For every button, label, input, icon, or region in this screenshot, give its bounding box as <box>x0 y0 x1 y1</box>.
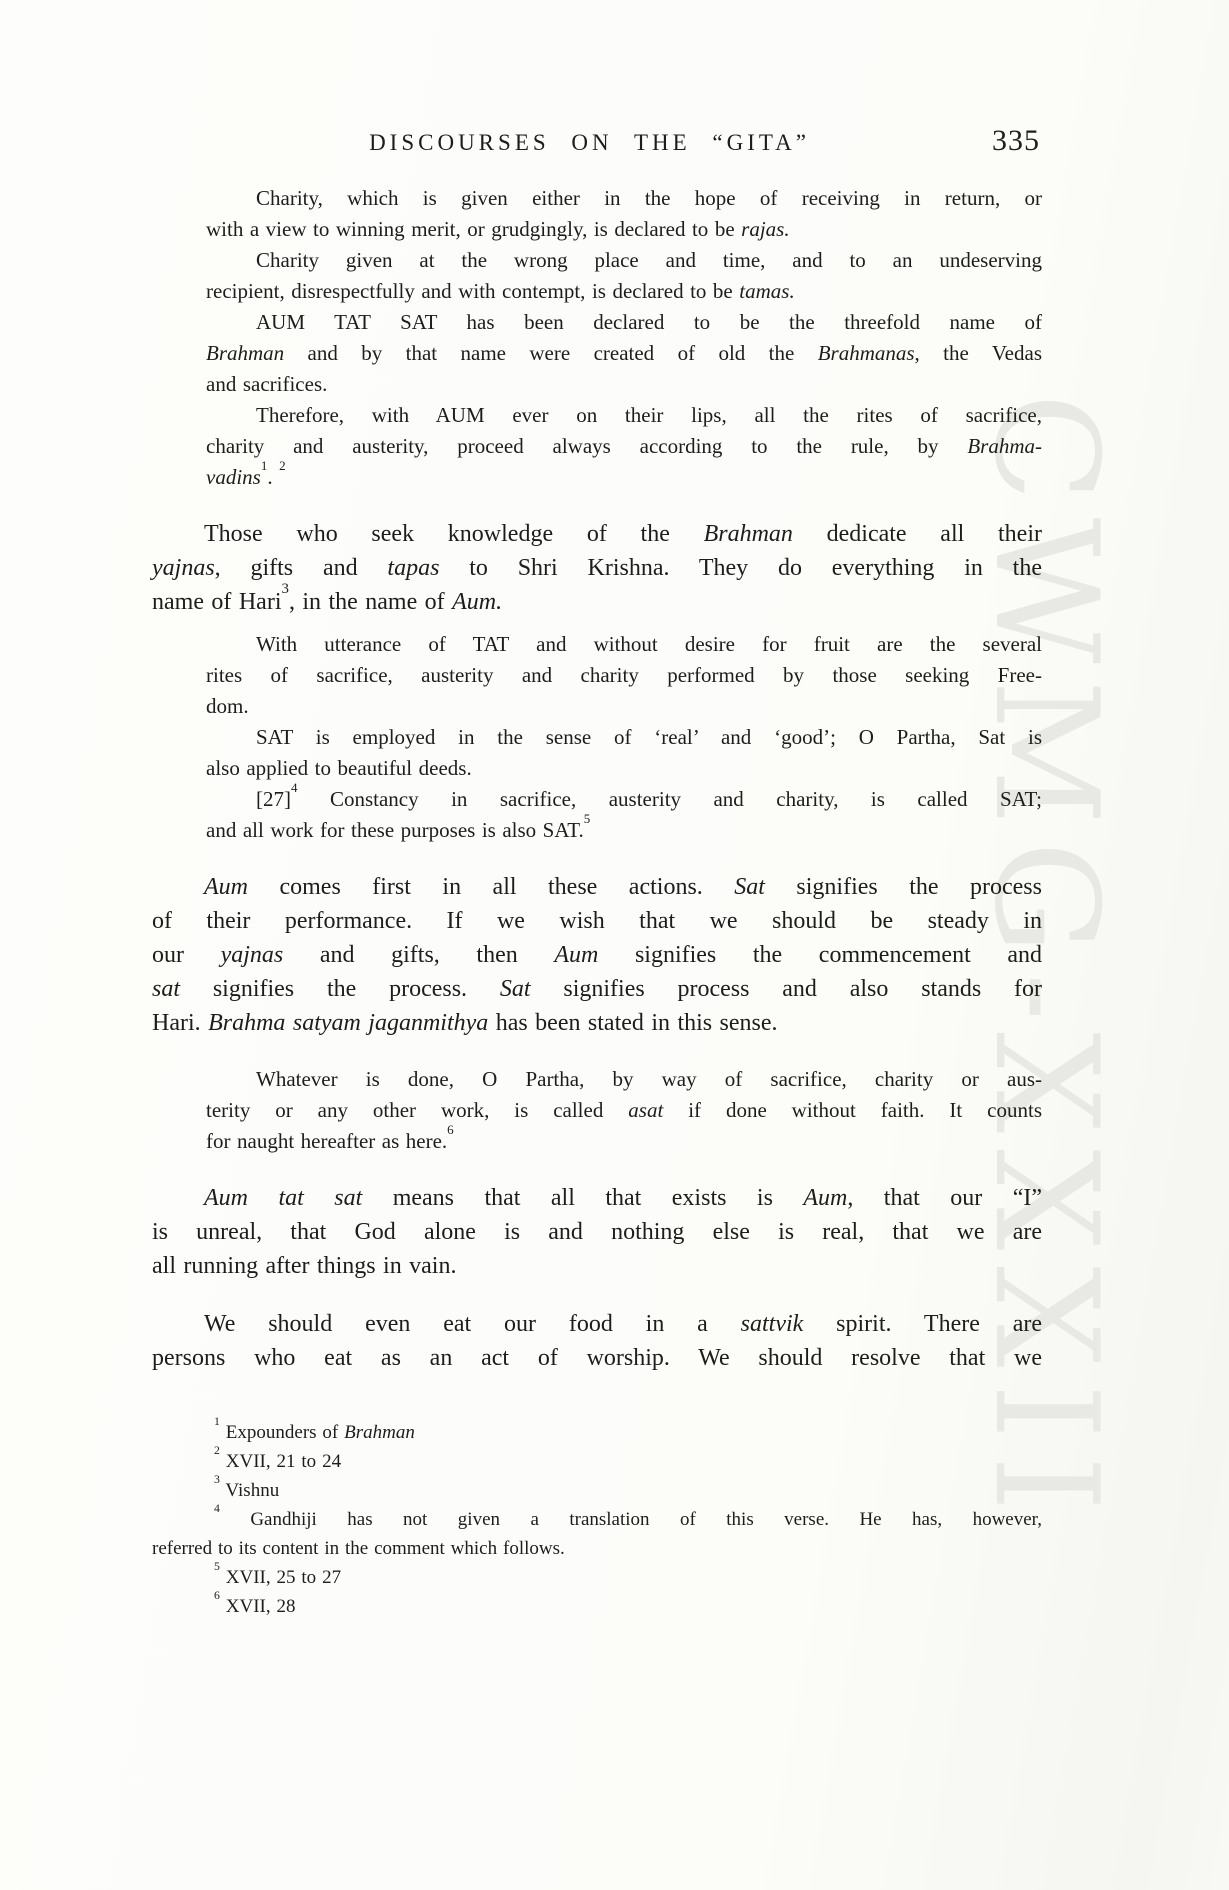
text-run: Aum <box>803 1185 847 1211</box>
text-run: yajnas <box>152 555 215 581</box>
text-run: with a view to winning merit, or grudgin… <box>206 217 741 241</box>
text-run: XVII, 25 to 27 <box>220 1567 341 1588</box>
text-run: and by that name were created of old the <box>284 341 818 365</box>
footnote-marker: 2 <box>214 1444 220 1457</box>
text-run: and all work for these purposes is also … <box>206 818 584 842</box>
text-run: Aum <box>554 942 598 968</box>
text-line: 6 XVII, 28 <box>152 1592 1042 1621</box>
text-run: referred to its content in the comment w… <box>152 1538 565 1559</box>
text-line: 5 XVII, 25 to 27 <box>152 1563 1042 1592</box>
text-line: and all work for these purposes is also … <box>206 815 1042 846</box>
page-body: Charity, which is given either in the ho… <box>152 183 1042 1621</box>
page-header: DISCOURSES ON THE “GITA” 335 <box>152 124 1042 164</box>
text-run: Constancy in sacrifice, austerity and ch… <box>298 787 1042 811</box>
text-run: Whatever is done, O Partha, by way of sa… <box>256 1067 1042 1091</box>
text-line: Charity given at the wrong place and tim… <box>206 245 1042 276</box>
text-line: yajnas, gifts and tapas to Shri Krishna.… <box>152 551 1042 585</box>
text-run: tapas <box>387 555 439 581</box>
footnote-marker: 4 <box>214 1502 220 1515</box>
verse-quote-paragraph: AUM TAT SAT has been declared to be the … <box>206 307 1042 400</box>
text-run: and gifts, then <box>283 942 554 968</box>
text-run: Brahman <box>344 1422 415 1443</box>
text-run: Aum tat sat <box>204 1185 362 1211</box>
text-run: Hari. <box>152 1010 208 1036</box>
text-run: if done without faith. It counts <box>663 1098 1042 1122</box>
verse-quote-paragraph: Charity, which is given either in the ho… <box>206 183 1042 245</box>
footnote-item: 6 XVII, 28 <box>152 1592 1042 1621</box>
text-run: sattvik <box>741 1311 804 1337</box>
text-run: Brahma- <box>967 434 1042 458</box>
footnote-marker: 3 <box>214 1473 220 1486</box>
commentary-paragraph: Those who seek knowledge of the Brahman … <box>152 517 1042 619</box>
text-run: signifies the process. <box>180 976 500 1002</box>
text-run: Therefore, with AUM ever on their lips, … <box>256 403 1042 427</box>
text-run: yajnas <box>221 942 284 968</box>
text-run: [27] <box>256 787 291 811</box>
text-run: XVII, 28 <box>220 1596 296 1617</box>
text-run: dom. <box>206 694 249 718</box>
verse-quote-paragraph: With utterance of TAT and without desire… <box>206 629 1042 722</box>
footnote-item: 3 Vishnu <box>152 1476 1042 1505</box>
text-run: signifies the commencement and <box>598 942 1042 968</box>
footnote-marker: 1 <box>214 1415 220 1428</box>
text-line: terity or any other work, is called asat… <box>206 1095 1042 1126</box>
text-line: and sacrifices. <box>206 369 1042 400</box>
text-run: sat <box>152 976 180 1002</box>
text-line: Whatever is done, O Partha, by way of sa… <box>206 1064 1042 1095</box>
text-line: vadins1. 2 <box>206 462 1042 493</box>
text-run: Those who seek knowledge of the <box>204 521 704 547</box>
text-run: With utterance of TAT and without desire… <box>256 632 1042 656</box>
footnote-marker: 2 <box>279 458 286 473</box>
text-run: . <box>267 465 279 489</box>
text-run: means that all that exists is <box>362 1185 803 1211</box>
footnote-item: 5 XVII, 25 to 27 <box>152 1563 1042 1592</box>
footnote-item: 1 Expounders of Brahman <box>152 1418 1042 1447</box>
text-run: rites of sacrifice, austerity and charit… <box>206 663 1042 687</box>
text-line: name of Hari3, in the name of Aum. <box>152 585 1042 619</box>
text-line: charity and austerity, proceed always ac… <box>206 431 1042 462</box>
text-run: Brahma satyam jaganmithya <box>208 1010 488 1036</box>
text-line: [27]4 Constancy in sacrifice, austerity … <box>206 784 1042 815</box>
footnote-marker: 6 <box>447 1122 454 1137</box>
text-line: SAT is employed in the sense of ‘real’ a… <box>206 722 1042 753</box>
text-line: Brahman and by that name were created of… <box>206 338 1042 369</box>
text-run: Vishnu <box>220 1480 279 1501</box>
text-run: and sacrifices. <box>206 372 327 396</box>
verse-quote-paragraph: Therefore, with AUM ever on their lips, … <box>206 400 1042 493</box>
footnote-marker: 5 <box>584 811 591 826</box>
text-line: 1 Expounders of Brahman <box>152 1418 1042 1447</box>
text-line: 4 Gandhiji has not given a translation o… <box>152 1505 1042 1534</box>
verse-quote-paragraph: SAT is employed in the sense of ‘real’ a… <box>206 722 1042 784</box>
text-run: Gandhiji has not given a translation of … <box>220 1509 1042 1530</box>
footnote-marker: 5 <box>214 1560 220 1573</box>
commentary-paragraph: Aum comes first in all these actions. Sa… <box>152 870 1042 1040</box>
text-run: tamas. <box>739 279 794 303</box>
body-paragraphs: Charity, which is given either in the ho… <box>152 183 1042 1375</box>
text-line: With utterance of TAT and without desire… <box>206 629 1042 660</box>
text-run: spirit. There are <box>803 1311 1042 1337</box>
text-run: of their performance. If we wish that we… <box>152 908 1042 934</box>
text-line: for naught hereafter as here.6 <box>206 1126 1042 1157</box>
text-run: has been stated in this sense. <box>488 1010 777 1036</box>
running-title: DISCOURSES ON THE “GITA” <box>137 130 1042 156</box>
verse-quote-paragraph: Whatever is done, O Partha, by way of sa… <box>206 1064 1042 1157</box>
text-run: Brahman <box>206 341 284 365</box>
verse-quote-paragraph: [27]4 Constancy in sacrifice, austerity … <box>206 784 1042 846</box>
text-run: all running after things in vain. <box>152 1253 456 1279</box>
text-line: Hari. Brahma satyam jaganmithya has been… <box>152 1006 1042 1040</box>
text-run: XVII, 21 to 24 <box>220 1451 341 1472</box>
footnote-item: 2 XVII, 21 to 24 <box>152 1447 1042 1476</box>
commentary-paragraph: Aum tat sat means that all that exists i… <box>152 1181 1042 1283</box>
text-run: asat <box>628 1098 663 1122</box>
footnote-marker: 1 <box>261 458 268 473</box>
footnote-marker: 6 <box>214 1589 220 1602</box>
text-run: rajas. <box>741 217 789 241</box>
text-line: our yajnas and gifts, then Aum signifies… <box>152 938 1042 972</box>
text-run: to Shri Krishna. They do everything in t… <box>439 555 1042 581</box>
text-line: of their performance. If we wish that we… <box>152 904 1042 938</box>
text-line: Those who seek knowledge of the Brahman … <box>152 517 1042 551</box>
text-run: Expounders of <box>220 1422 344 1443</box>
text-line: Therefore, with AUM ever on their lips, … <box>206 400 1042 431</box>
text-line: We should even eat our food in a sattvik… <box>152 1307 1042 1341</box>
text-run: vadins <box>206 465 261 489</box>
footnote-marker: 3 <box>282 581 289 597</box>
text-run: AUM TAT SAT has been declared to be the … <box>256 310 1042 334</box>
text-line: Aum comes first in all these actions. Sa… <box>152 870 1042 904</box>
text-line: also applied to beautiful deeds. <box>206 753 1042 784</box>
text-line: all running after things in vain. <box>152 1249 1042 1283</box>
text-run: is unreal, that God alone is and nothing… <box>152 1219 1042 1245</box>
text-line: AUM TAT SAT has been declared to be the … <box>206 307 1042 338</box>
text-line: referred to its content in the comment w… <box>152 1534 1042 1563</box>
text-line: Aum tat sat means that all that exists i… <box>152 1181 1042 1215</box>
text-run: name of Hari <box>152 589 282 615</box>
text-run: , that our “I” <box>847 1185 1042 1211</box>
text-line: persons who eat as an act of worship. We… <box>152 1341 1042 1375</box>
commentary-paragraph: We should even eat our food in a sattvik… <box>152 1307 1042 1375</box>
text-run: Aum. <box>452 589 502 615</box>
text-line: recipient, disrespectfully and with cont… <box>206 276 1042 307</box>
text-run: persons who eat as an act of worship. We… <box>152 1345 1042 1371</box>
text-line: Charity, which is given either in the ho… <box>206 183 1042 214</box>
footnote-item: 4 Gandhiji has not given a translation o… <box>152 1505 1042 1563</box>
text-run: , gifts and <box>215 555 388 581</box>
footnote-block: 1 Expounders of Brahman2 XVII, 21 to 243… <box>152 1418 1042 1621</box>
book-page-scan: CWMG-XXXII DISCOURSES ON THE “GITA” 335 … <box>0 0 1229 1890</box>
text-run: dedicate all their <box>793 521 1042 547</box>
text-line: 2 XVII, 21 to 24 <box>152 1447 1042 1476</box>
text-run: signifies process and also stands for <box>531 976 1042 1002</box>
text-run: charity and austerity, proceed always ac… <box>206 434 967 458</box>
footnote-marker: 4 <box>291 780 298 795</box>
page-number: 335 <box>992 124 1040 158</box>
text-run: terity or any other work, is called <box>206 1098 628 1122</box>
text-run: Charity, which is given either in the ho… <box>256 186 1042 210</box>
text-run: , in the name of <box>289 589 452 615</box>
text-run: Brahman <box>704 521 793 547</box>
text-line: sat signifies the process. Sat signifies… <box>152 972 1042 1006</box>
text-run: , the Vedas <box>915 341 1042 365</box>
text-run: Aum <box>204 874 248 900</box>
text-run: also applied to beautiful deeds. <box>206 756 472 780</box>
text-run: Brahmanas <box>818 341 915 365</box>
text-run: recipient, disrespectfully and with cont… <box>206 279 739 303</box>
text-run: signifies the process <box>765 874 1042 900</box>
verse-quote-paragraph: Charity given at the wrong place and tim… <box>206 245 1042 307</box>
text-run: SAT is employed in the sense of ‘real’ a… <box>256 725 1042 749</box>
text-line: with a view to winning merit, or grudgin… <box>206 214 1042 245</box>
text-line: rites of sacrifice, austerity and charit… <box>206 660 1042 691</box>
text-line: dom. <box>206 691 1042 722</box>
text-run: Charity given at the wrong place and tim… <box>256 248 1042 272</box>
text-line: is unreal, that God alone is and nothing… <box>152 1215 1042 1249</box>
text-run: We should even eat our food in a <box>204 1311 741 1337</box>
text-line: 3 Vishnu <box>152 1476 1042 1505</box>
text-run: Sat <box>734 874 765 900</box>
text-run: for naught hereafter as here. <box>206 1129 447 1153</box>
text-run: Sat <box>500 976 531 1002</box>
text-run: comes first in all these actions. <box>248 874 734 900</box>
text-run: our <box>152 942 221 968</box>
